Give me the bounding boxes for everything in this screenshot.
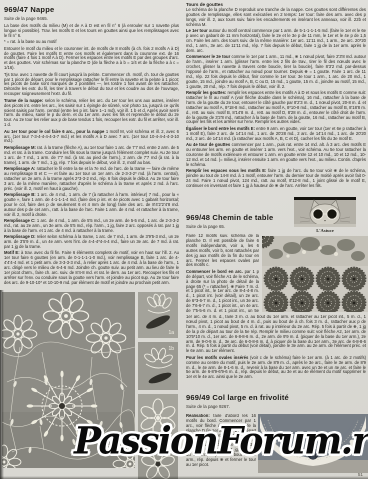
paragraph: Remplissage B: 1 arc. de 4 md., 1 arm. d… bbox=[4, 193, 179, 218]
paragraph: Pour les motifs ovales insérés (voir c d… bbox=[186, 356, 366, 381]
paragraph: Le 1er tour autour du motif central comm… bbox=[186, 29, 366, 54]
section-title-col: 969/49 Col large en frivolité bbox=[186, 393, 366, 402]
photo-label-1b: 1b bbox=[168, 346, 174, 352]
photo-label-1a: 1a bbox=[168, 330, 174, 336]
paragraph: Trame de la nappe: selon le schéma, reli… bbox=[4, 99, 179, 128]
chemin-wide-text: 1er arc. de 4 m. d., faire 3 m. d. au bo… bbox=[186, 315, 366, 390]
paragraph: 1er arc. de 4 m. d., faire 3 m. d. au bo… bbox=[186, 315, 366, 354]
section-subtitle-chemin: Suite de la page 65. bbox=[186, 224, 366, 229]
paragraph: Tjs trav. avec 1 navette de fil court ju… bbox=[4, 73, 179, 98]
section-nappe: 969/47 Nappe Suite de la page 9465. La b… bbox=[4, 5, 179, 291]
paragraph: Entourer le motif du milieu et le couron… bbox=[4, 47, 179, 72]
paragraph: Au 1er tour pour le col faire 6 arc., po… bbox=[4, 130, 179, 145]
paragraph: Commencer le bord en arc. par 1 p de dép… bbox=[186, 270, 259, 313]
paragraph: Remplissage A: rattacher le fil entre la… bbox=[4, 167, 179, 192]
step-photo-1b: 1b bbox=[138, 342, 178, 390]
section-col-head: 969/49 Col large en frivolité Suite de l… bbox=[186, 393, 366, 413]
paragraph: Faire 12 motifs suiv. schéma de la planc… bbox=[186, 234, 259, 268]
paragraph: Commencer le 2e tour comme le 1er par 1 … bbox=[186, 55, 366, 89]
paragraph: Motif E: à trav. avec du fil fin. Faire … bbox=[4, 251, 179, 285]
section-tours-de-gouttes: Tours de gouttes Le schéma de la planche… bbox=[186, 2, 366, 211]
paragraph: Remplissage C: 1 arc. de 4 md., 1 arm. d… bbox=[4, 219, 179, 234]
chemin-narrow-text: Faire 12 motifs suiv. schéma de la planc… bbox=[186, 234, 259, 313]
chemin-motifs-photo bbox=[262, 236, 368, 312]
paragraph: La base des motifs du milieu (M) et de A… bbox=[4, 24, 179, 39]
section-subtitle-col: Suite de la page 9267. bbox=[186, 404, 366, 409]
magazine-page: 969/47 Nappe Suite de la page 9465. La b… bbox=[0, 0, 368, 479]
section-subtitle-nappe: Suite de la page 9465. bbox=[4, 16, 179, 21]
paragraph: Remplir les gouttes: remplir les espaces… bbox=[186, 91, 366, 125]
paragraph: Au 4e tour de gouttes commencer par 1 ar… bbox=[186, 143, 366, 168]
section-title-chemin: 969/48 Chemin de table bbox=[186, 213, 366, 222]
paragraph: * = rat. à la base ou au motif bbox=[4, 40, 179, 45]
paragraph: Remplissage D: relier selon schéma à la … bbox=[4, 235, 179, 250]
page-number: 51 bbox=[358, 472, 363, 477]
paragraph: Le schéma de la planche D reproduit une … bbox=[186, 8, 366, 28]
paragraph: Remplissage M: rat. à la trame (flèche A… bbox=[4, 146, 179, 166]
scan-shadow-left bbox=[0, 290, 4, 479]
step-photo-1a: 1a bbox=[138, 292, 178, 338]
paragraph: Égaliser le bord entre les motifs E: ent… bbox=[186, 127, 366, 142]
section-chemin-head: 969/48 Chemin de table Suite de la page … bbox=[186, 213, 366, 233]
section-title-nappe: 969/47 Nappe bbox=[4, 5, 179, 14]
paragraph: Remplir les espaces sous les motifs E: f… bbox=[186, 169, 366, 189]
watermark-text: PassionForum.ru bbox=[74, 419, 368, 463]
